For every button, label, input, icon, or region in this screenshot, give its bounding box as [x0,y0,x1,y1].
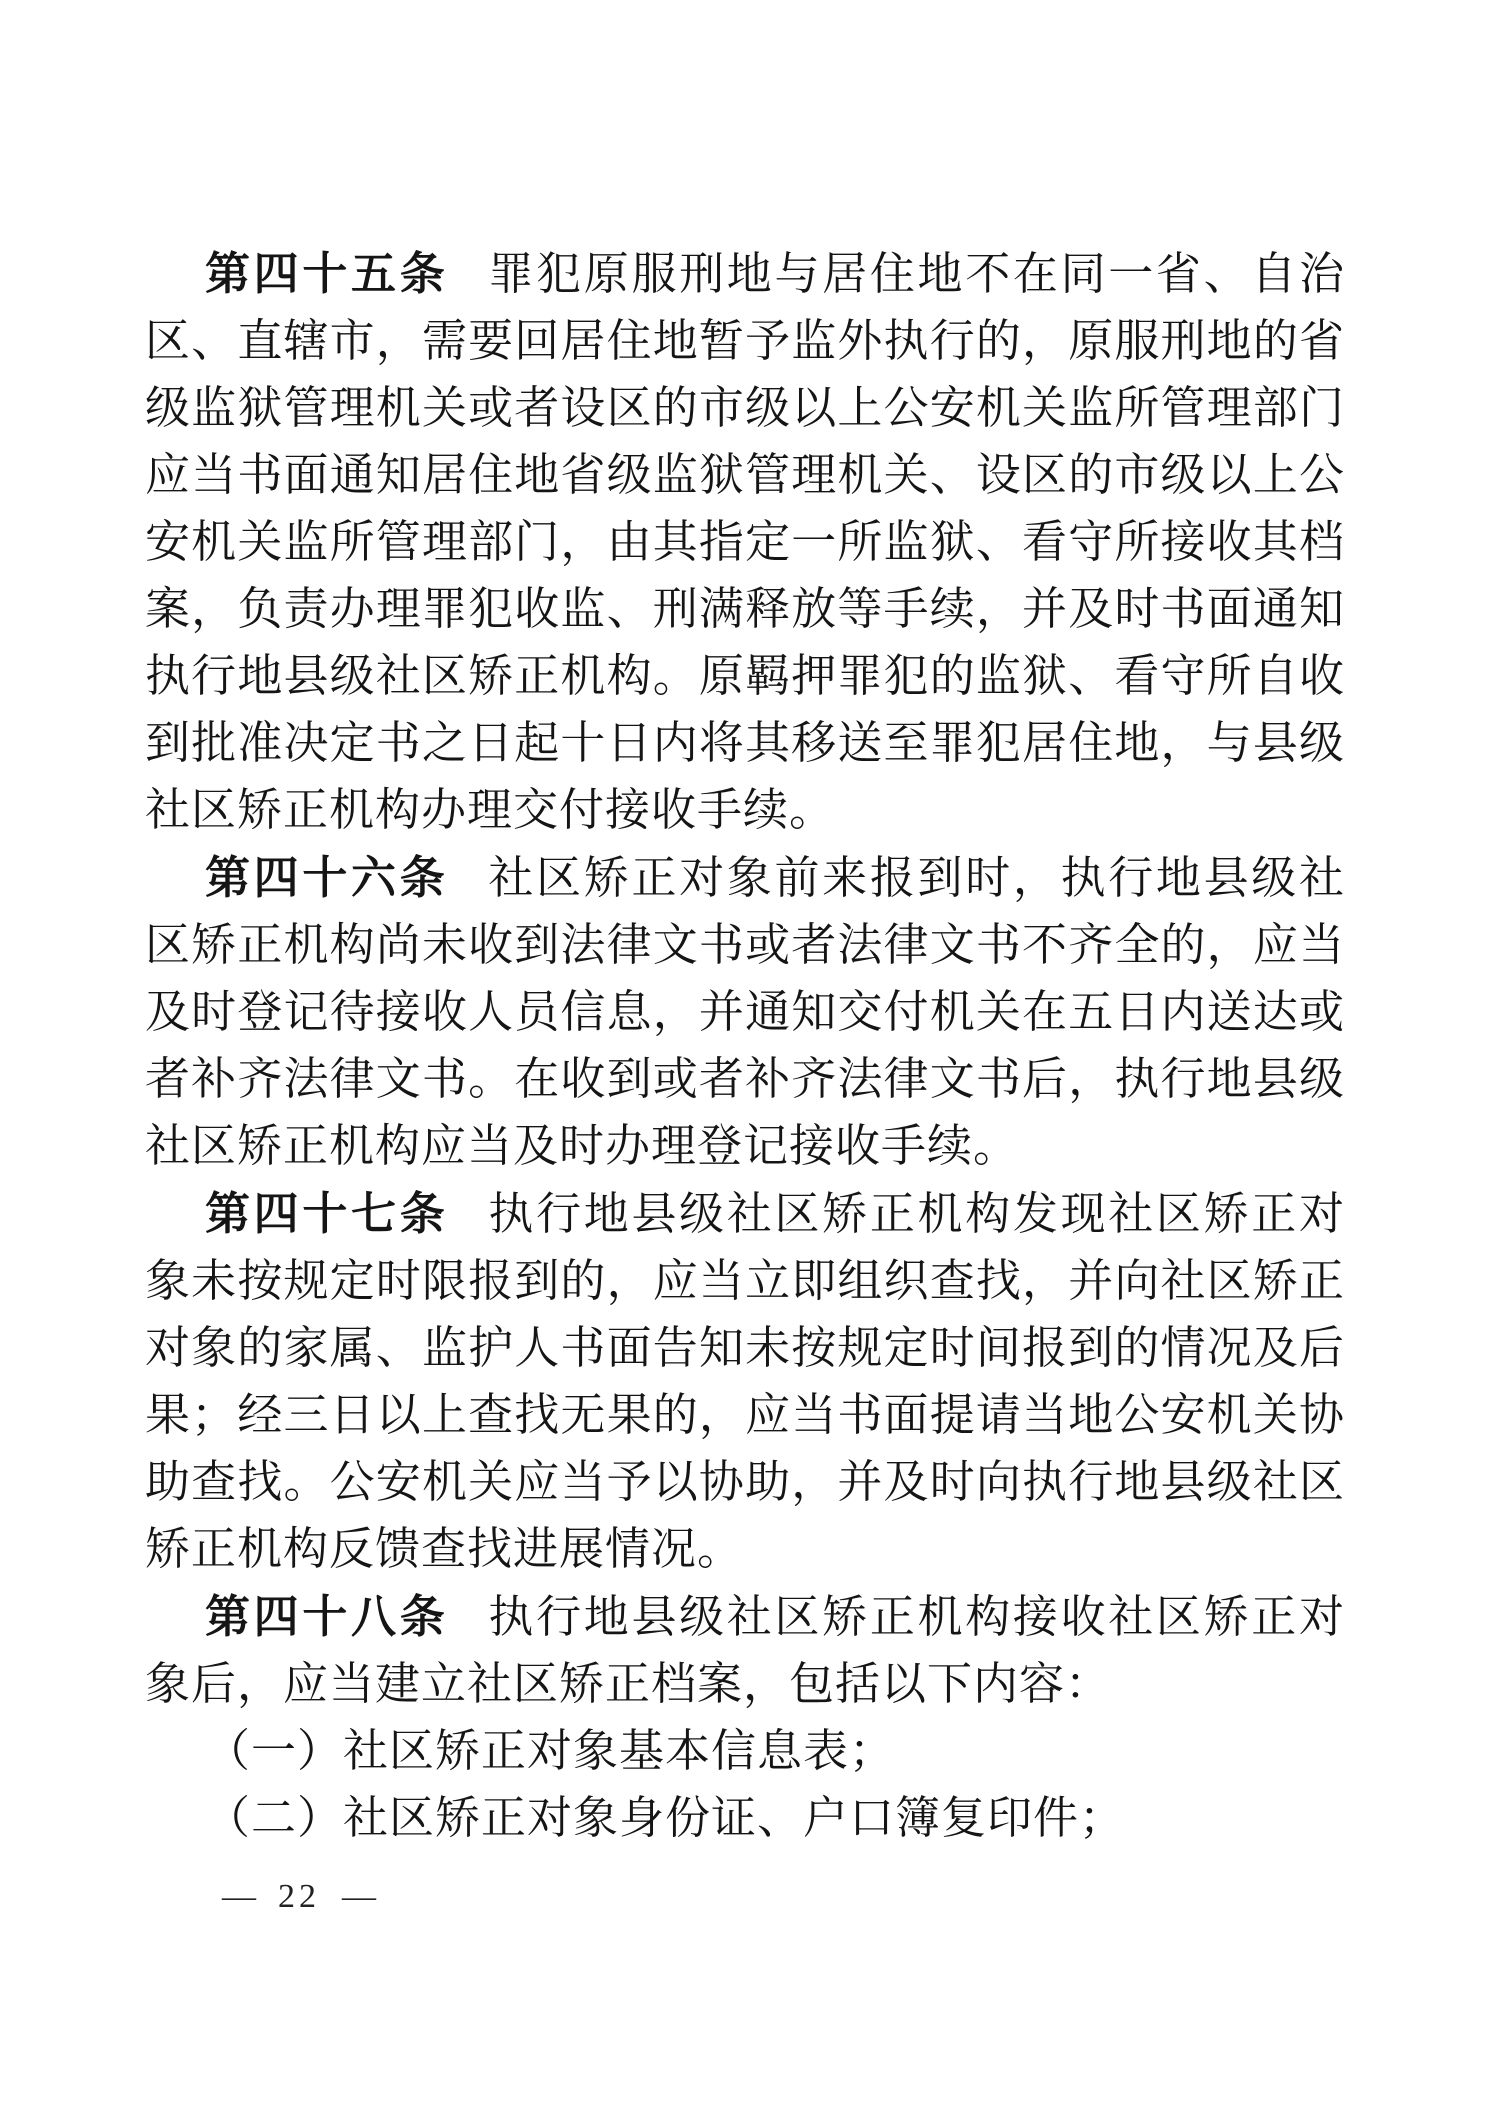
line-text: 执行地县级社区矫正机构发现社区矫正对 [488,1189,1345,1239]
line-text: 助查找。公安机关应当予以协助，并及时向执行地县级社区 [145,1457,1345,1507]
article-number: 第四十八条 [205,1591,448,1642]
article-number: 第四十七条 [205,1188,448,1239]
text-line: 应当书面通知居住地省级监狱管理机关、设区的市级以上公 [145,442,1345,509]
text-line: （二）社区矫正对象身份证、户口簿复印件； [145,1785,1345,1852]
text-line: 第四十七条执行地县级社区矫正机构发现社区矫正对 [145,1180,1345,1248]
text-line: 社区矫正机构应当及时办理登记接收手续。 [145,1113,1345,1180]
text-line: 及时登记待接收人员信息，并通知交付机关在五日内送达或 [145,979,1345,1046]
line-text: 区矫正机构尚未收到法律文书或者法律文书不齐全的，应当 [145,920,1345,970]
line-text: 矫正机构反馈查找进展情况。 [145,1524,743,1574]
text-line: 到批准决定书之日起十日内将其移送至罪犯居住地，与县级 [145,710,1345,777]
line-text: （二）社区矫正对象身份证、户口簿复印件； [205,1793,1125,1843]
line-text: （一）社区矫正对象基本信息表； [205,1726,895,1776]
text-line: （一）社区矫正对象基本信息表； [145,1718,1345,1785]
line-text: 案，负责办理罪犯收监、刑满释放等手续，并及时书面通知 [145,584,1345,634]
text-line: 矫正机构反馈查找进展情况。 [145,1516,1345,1583]
text-line: 象未按规定时限报到的，应当立即组织查找，并向社区矫正 [145,1248,1345,1315]
text-line: 级监狱管理机关或者设区的市级以上公安机关监所管理部门 [145,375,1345,442]
line-text: 社区矫正对象前来报到时，执行地县级社 [488,853,1345,903]
document-page: 第四十五条罪犯原服刑地与居住地不在同一省、自治区、直辖市，需要回居住地暂予监外执… [0,0,1488,2105]
line-text: 及时登记待接收人员信息，并通知交付机关在五日内送达或 [145,987,1345,1037]
text-line: 案，负责办理罪犯收监、刑满释放等手续，并及时书面通知 [145,576,1345,643]
line-text: 象未按规定时限报到的，应当立即组织查找，并向社区矫正 [145,1256,1345,1306]
line-text: 果；经三日以上查找无果的，应当书面提请当地公安机关协 [145,1390,1345,1440]
footer-rule-right: — [342,1878,376,1915]
article-number: 第四十五条 [205,248,448,299]
text-line: 助查找。公安机关应当予以协助，并及时向执行地县级社区 [145,1449,1345,1516]
text-line: 社区矫正机构办理交付接收手续。 [145,777,1345,844]
line-text: 应当书面通知居住地省级监狱管理机关、设区的市级以上公 [145,450,1345,500]
line-text: 社区矫正机构办理交付接收手续。 [145,785,835,835]
document-body: 第四十五条罪犯原服刑地与居住地不在同一省、自治区、直辖市，需要回居住地暂予监外执… [145,240,1345,1852]
line-text: 者补齐法律文书。在收到或者补齐法律文书后，执行地县级 [145,1054,1345,1104]
text-line: 执行地县级社区矫正机构。原羁押罪犯的监狱、看守所自收 [145,643,1345,710]
text-line: 第四十五条罪犯原服刑地与居住地不在同一省、自治 [145,240,1345,308]
page-footer: —22— [222,1878,376,1916]
line-text: 执行地县级社区矫正机构接收社区矫正对 [488,1592,1345,1642]
text-line: 果；经三日以上查找无果的，应当书面提请当地公安机关协 [145,1382,1345,1449]
line-text: 象后，应当建立社区矫正档案，包括以下内容： [145,1659,1111,1709]
text-line: 区、直辖市，需要回居住地暂予监外执行的，原服刑地的省 [145,308,1345,375]
article-number: 第四十六条 [205,852,448,903]
line-text: 社区矫正机构应当及时办理登记接收手续。 [145,1121,1019,1171]
text-line: 安机关监所管理部门，由其指定一所监狱、看守所接收其档 [145,509,1345,576]
line-text: 罪犯原服刑地与居住地不在同一省、自治 [488,249,1345,299]
line-text: 对象的家属、监护人书面告知未按规定时间报到的情况及后 [145,1323,1345,1373]
footer-rule-left: — [222,1878,256,1915]
text-line: 者补齐法律文书。在收到或者补齐法律文书后，执行地县级 [145,1046,1345,1113]
text-line: 象后，应当建立社区矫正档案，包括以下内容： [145,1651,1345,1718]
line-text: 级监狱管理机关或者设区的市级以上公安机关监所管理部门 [145,383,1345,433]
text-line: 第四十六条社区矫正对象前来报到时，执行地县级社 [145,844,1345,912]
line-text: 执行地县级社区矫正机构。原羁押罪犯的监狱、看守所自收 [145,651,1345,701]
text-line: 区矫正机构尚未收到法律文书或者法律文书不齐全的，应当 [145,912,1345,979]
line-text: 到批准决定书之日起十日内将其移送至罪犯居住地，与县级 [145,718,1345,768]
text-line: 第四十八条执行地县级社区矫正机构接收社区矫正对 [145,1583,1345,1651]
page-number: 22 [278,1878,320,1915]
line-text: 区、直辖市，需要回居住地暂予监外执行的，原服刑地的省 [145,316,1345,366]
text-line: 对象的家属、监护人书面告知未按规定时间报到的情况及后 [145,1315,1345,1382]
line-text: 安机关监所管理部门，由其指定一所监狱、看守所接收其档 [145,517,1345,567]
